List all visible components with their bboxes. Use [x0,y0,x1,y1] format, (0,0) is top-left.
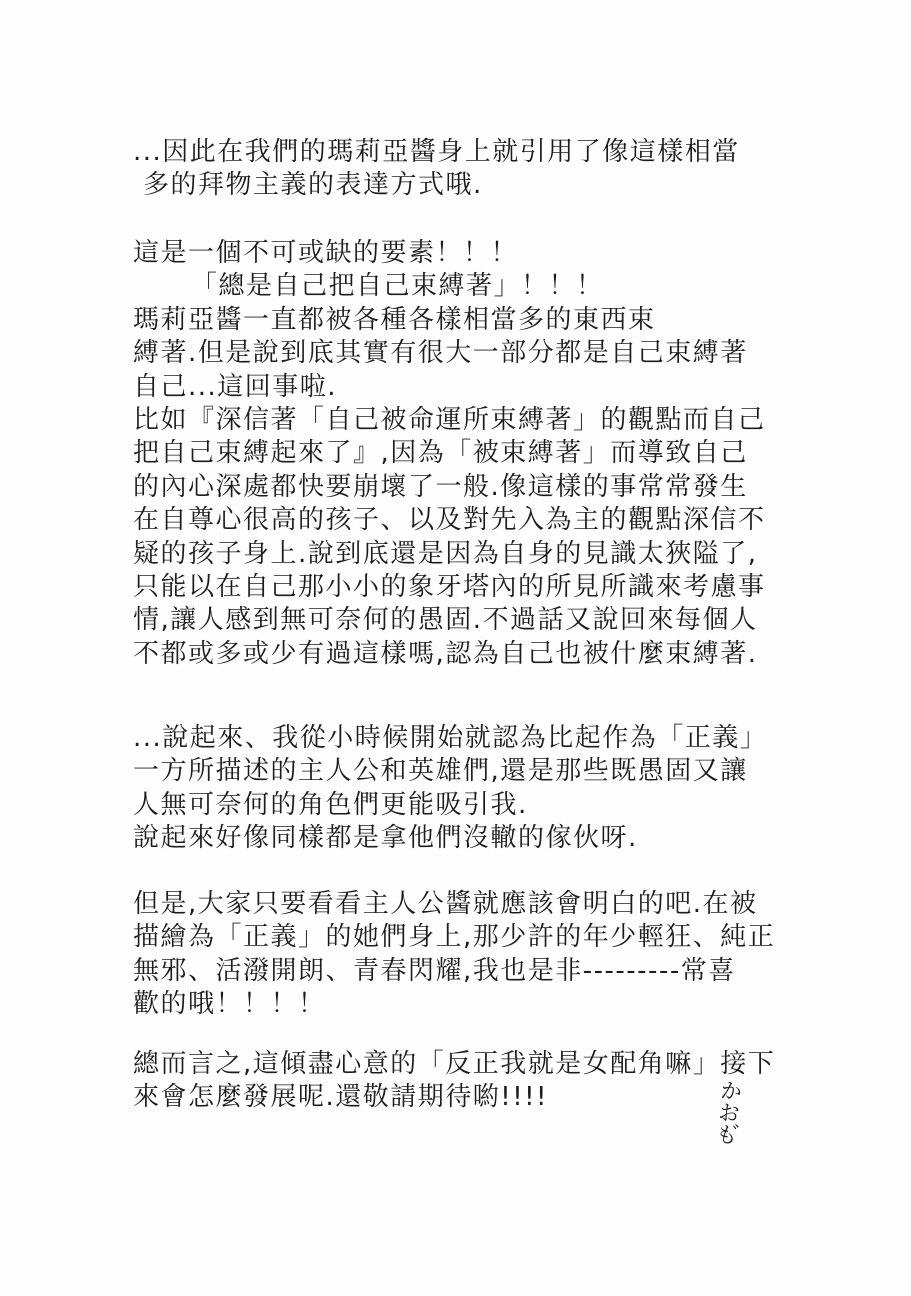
text-line: 的內心深處都快要崩壞了一般.像這樣的事常常發生 [133,471,813,504]
paragraph-essential-element: 這是一個不可或缺的要素！！！ 「總是自己把自己束縛著」！！！ 瑪莉亞醬一直都被各… [133,237,813,671]
text-line: ...因此在我們的瑪莉亞醬身上就引用了像這樣相當 [133,136,813,169]
text-line: ...說起來、我從小時候開始就認為比起作為「正義」 [133,722,813,755]
text-line: 這是一個不可或缺的要素！！！ [133,237,813,270]
text-line: 不都或多或少有過這樣嗎,認為自己也被什麼束縛著. [133,638,813,671]
text-line: 人無可奈何的角色們更能吸引我. [133,789,813,822]
text-line: 但是,大家只要看看主人公醬就應該會明白的吧.在被 [133,888,813,921]
paragraph-intro: ...因此在我們的瑪莉亞醬身上就引用了像這樣相當 多的拜物主義的表達方式哦. [133,136,813,203]
text-line: 歡的哦！！！！ [133,988,813,1021]
text-line: 在自尊心很高的孩子、以及對先入為主的觀點深信不 [133,504,813,537]
text-line: 「總是自己把自己束縛著」！！！ [133,270,813,303]
author-signature: かおも゙ [693,1076,741,1160]
afterword-page: ...因此在我們的瑪莉亞醬身上就引用了像這樣相當 多的拜物主義的表達方式哦. 這… [0,0,911,1296]
text-line: 說起來好像同樣都是拿他們沒轍的傢伙呀. [133,822,813,855]
text-line: 無邪、活潑開朗、青春閃耀,我也是非---------常喜 [133,955,813,988]
text-line: 描繪為「正義」的她們身上,那少許的年少輕狂、純正 [133,921,813,954]
text-line: 縛著.但是說到底其實有很大一部分都是自己束縛著 [133,337,813,370]
text-line: 把自己束縛起來了』,因為「被束縛著」而導致自己 [133,437,813,470]
text-line: 情,讓人感到無可奈何的愚固.不過話又說回來每個人 [133,604,813,637]
paragraph-speaking-of-which: ...說起來、我從小時候開始就認為比起作為「正義」 一方所描述的主人公和英雄們,… [133,722,813,856]
paragraph-but-look-at-protagonist: 但是,大家只要看看主人公醬就應該會明白的吧.在被 描繪為「正義」的她們身上,那少… [133,888,813,1022]
text-line: 比如『深信著「自己被命運所束縛著」的觀點而自己 [133,404,813,437]
text-line: 只能以在自己那小小的象牙塔內的所見所識來考慮事 [133,571,813,604]
text-line: 自己...這回事啦. [133,371,813,404]
text-line: 一方所描述的主人公和英雄們,還是那些既愚固又讓 [133,755,813,788]
text-line: 瑪莉亞醬一直都被各種各樣相當多的東西束 [133,304,813,337]
text-line: 疑的孩子身上.說到底還是因為自身的見識太狹隘了, [133,538,813,571]
text-line: 多的拜物主義的表達方式哦. [133,169,813,202]
